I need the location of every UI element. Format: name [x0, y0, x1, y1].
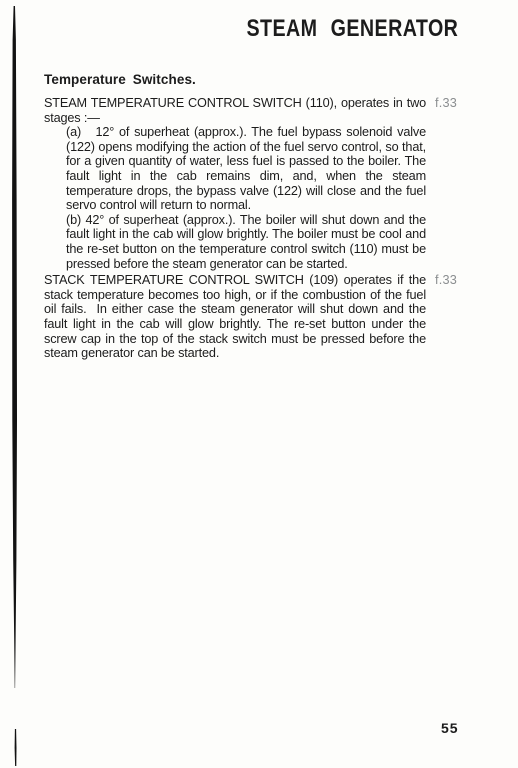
manual-page: STEAM GENERATOR Temperature Switches. ST… — [0, 0, 518, 768]
paragraph-stage-b: (b) 42° of superheat (approx.). The boil… — [66, 213, 426, 271]
figure-reference: f.33 — [435, 96, 480, 111]
paragraph-stack-switch: STACK TEMPERATURE CONTROL SWITCH (109) o… — [44, 273, 426, 361]
page-title: STEAM GENERATOR — [246, 15, 458, 43]
binding-mark — [0, 0, 30, 768]
page-number: 55 — [441, 720, 459, 736]
figure-reference: f.33 — [435, 273, 480, 288]
binding-mark-line — [12, 6, 17, 688]
text-column: Temperature Switches. STEAM TEMPERATURE … — [44, 72, 426, 361]
paragraph-stage-a: (a) 12° of superheat (approx.). The fuel… — [66, 125, 426, 213]
paragraph-text: STACK TEMPERATURE CONTROL SWITCH (109) o… — [44, 273, 426, 361]
paragraph-steam-switch: STEAM TEMPERATURE CONTROL SWITCH (110), … — [44, 96, 426, 125]
paragraph-text: STEAM TEMPERATURE CONTROL SWITCH (110), … — [44, 96, 426, 125]
binding-mark-dash — [15, 729, 17, 766]
section-heading: Temperature Switches. — [44, 72, 426, 87]
